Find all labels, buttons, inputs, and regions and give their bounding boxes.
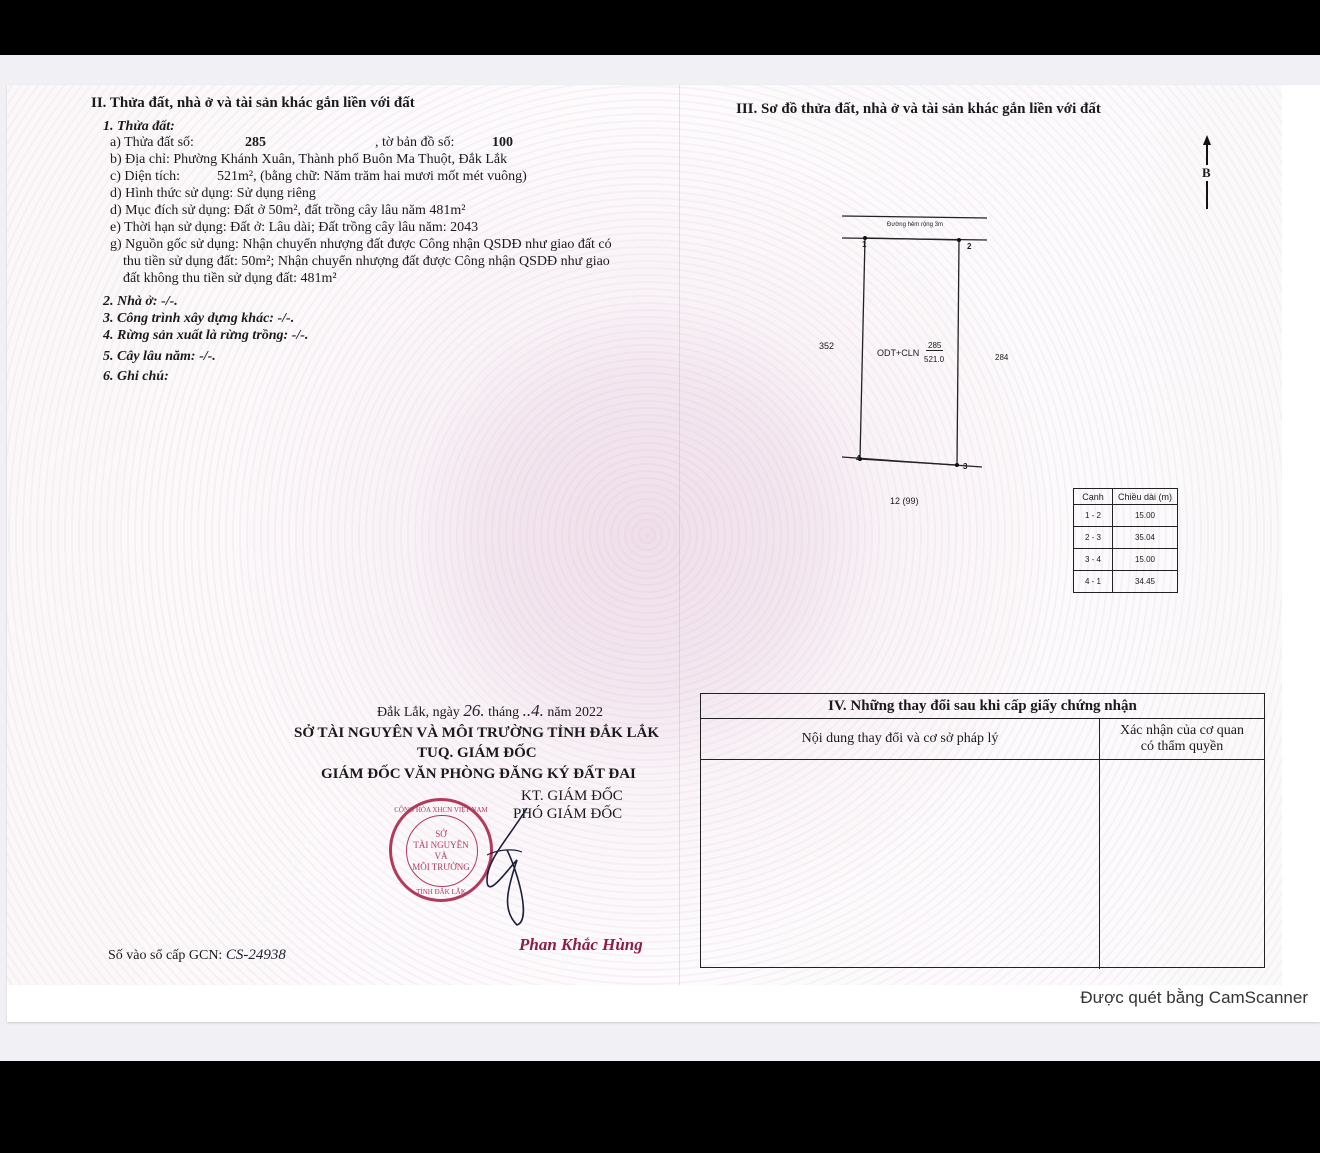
table-row: 4 - 1 34.45 (1074, 571, 1178, 593)
changes-table-body (701, 760, 1264, 969)
register-number: Số vào sổ cấp GCN: CS-24938 (108, 947, 286, 964)
section-4-title: IV. Những thay đổi sau khi cấp giấy chứn… (701, 694, 1264, 719)
handwritten-signature (447, 800, 547, 930)
map-sheet-value: 100 (492, 135, 513, 151)
authority-confirmation-header: Xác nhận của cơ quan có thẩm quyền (1100, 719, 1264, 759)
north-label: B (1202, 165, 1211, 181)
change-content-cell (701, 760, 1100, 969)
table-row: 2 - 3 35.04 (1074, 527, 1178, 549)
notes-item: 6. Ghi chú: (103, 369, 169, 385)
registration-office-director: GIÁM ĐỐC VĂN PHÒNG ĐĂNG KÝ ĐẤT ĐAI (321, 766, 636, 782)
edge-length-table: Cạnh Chiều dài (m) 1 - 2 15.00 2 - 3 35.… (1073, 488, 1178, 593)
date-year: năm 2022 (547, 705, 603, 720)
page-fold-line (679, 85, 680, 985)
usage-origin-line-1: g) Nguồn gốc sử dụng: Nhận chuyển nhượng… (110, 237, 612, 253)
house-item: 2. Nhà ở: -/-. (103, 294, 178, 310)
road-label: Đường hẻm rộng 3m (887, 222, 943, 228)
edge-cell: 3 - 4 (1074, 549, 1113, 571)
planted-forest-item: 4. Rừng sản xuất là rừng trồng: -/-. (103, 328, 308, 344)
changes-table: IV. Những thay đổi sau khi cấp giấy chứn… (700, 693, 1265, 968)
parcel-code: ODT+CLN (877, 348, 919, 358)
length-cell: 34.45 (1113, 571, 1178, 593)
land-certificate: II. Thửa đất, nhà ở và tài sản khác gắn … (7, 85, 1282, 985)
usage-origin-line-2: thu tiền sử dụng đất: 50m²; Nhận chuyển … (123, 254, 610, 270)
vertex-2: 2 (967, 242, 971, 251)
authority-confirmation-cell (1100, 760, 1264, 969)
vertex-4: 4 (856, 454, 860, 463)
tuq-director: TUQ. GIÁM ĐỐC (417, 745, 537, 761)
vertex-3: 3 (963, 462, 967, 471)
confirm-header-line-2: có thẩm quyền (1120, 739, 1244, 755)
table-row: 1 - 2 15.00 (1074, 505, 1178, 527)
date-month: ..4. (523, 701, 544, 720)
parcel-area: 521.0 (924, 355, 944, 364)
changes-table-header: Nội dung thay đổi và cơ sở pháp lý Xác n… (701, 719, 1264, 760)
date-day: 26. (463, 701, 484, 720)
section-2-title: II. Thửa đất, nhà ở và tài sản khác gắn … (91, 95, 415, 111)
edge-header: Cạnh (1074, 489, 1113, 505)
land-parcel-heading: 1. Thửa đất: (103, 119, 175, 135)
scanned-page: II. Thửa đất, nhà ở và tài sản khác gắn … (7, 85, 1320, 1022)
length-header: Chiều dài (m) (1113, 489, 1178, 505)
length-cell: 15.00 (1113, 505, 1178, 527)
parcel-diagram (837, 210, 997, 480)
usage-purpose: d) Mục đích sử dụng: Đất ở 50m², đất trồ… (110, 203, 465, 219)
neighbor-bottom: 12 (99) (890, 496, 919, 506)
other-construction-item: 3. Công trình xây dựng khác: -/-. (103, 311, 294, 327)
table-row: 3 - 4 15.00 (1074, 549, 1178, 571)
register-label: Số vào sổ cấp GCN: (108, 948, 222, 963)
address-line: b) Địa chỉ: Phường Khánh Xuân, Thành phố… (110, 152, 507, 168)
usage-origin-line-3: đất không thu tiền sử dụng đất: 481m² (123, 271, 337, 287)
section-3-title: III. Sơ đồ thửa đất, nhà ở và tài sản kh… (736, 101, 1101, 117)
length-cell: 35.04 (1113, 527, 1178, 549)
issuing-agency: SỞ TÀI NGUYÊN VÀ MÔI TRƯỜNG TỈNH ĐẮK LẮK (294, 725, 659, 741)
parcel-number: 285 (926, 341, 943, 351)
edge-cell: 2 - 3 (1074, 527, 1113, 549)
area-label: c) Diện tích: (110, 169, 180, 185)
edge-cell: 4 - 1 (1074, 571, 1113, 593)
date-month-label: tháng (488, 705, 519, 720)
signer-name: Phan Khắc Hùng (519, 937, 643, 953)
usage-form: d) Hình thức sử dụng: Sử dụng riêng (110, 186, 316, 202)
neighbor-right: 284 (995, 353, 1008, 362)
perennial-tree-item: 5. Cây lâu năm: -/-. (103, 349, 216, 365)
map-sheet-label: , tờ bản đồ số: (375, 135, 454, 151)
vertex-1: 1 (862, 240, 866, 249)
issue-date: Đắk Lắk, ngày 26. tháng ..4. năm 2022 (377, 703, 603, 721)
confirm-header-line-1: Xác nhận của cơ quan (1120, 723, 1244, 739)
register-value: CS-24938 (226, 947, 286, 963)
parcel-number-value: 285 (245, 135, 266, 151)
camscanner-watermark: Được quét bằng CamScanner (1080, 988, 1308, 1008)
neighbor-left: 352 (819, 341, 834, 351)
change-content-header: Nội dung thay đổi và cơ sở pháp lý (701, 719, 1100, 759)
date-prefix: Đắk Lắk, ngày (377, 705, 460, 720)
usage-term: e) Thời hạn sử dụng: Đất ở: Lâu dài; Đất… (110, 220, 478, 236)
edge-table-header: Cạnh Chiều dài (m) (1074, 489, 1178, 505)
area-value: 521m², (bằng chữ: Năm trăm hai mươi mốt … (217, 169, 527, 185)
parcel-number-label: a) Thửa đất số: (110, 135, 194, 151)
length-cell: 15.00 (1113, 549, 1178, 571)
edge-cell: 1 - 2 (1074, 505, 1113, 527)
